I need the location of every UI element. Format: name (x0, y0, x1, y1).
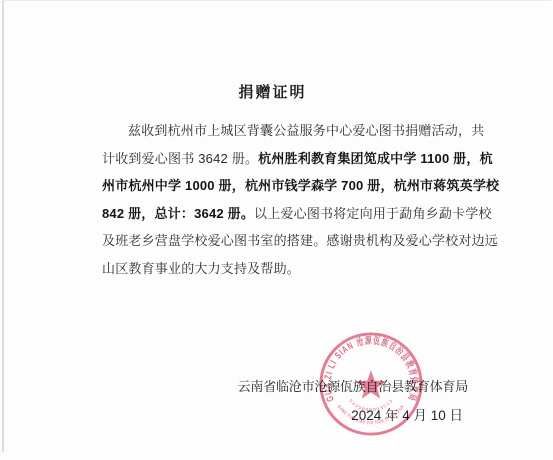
body-segment-bold: 842 册，总计：3642 册。 (102, 206, 254, 221)
signature-org: 云南省临沧市沧源佤族自治县教育体育局 (238, 376, 468, 395)
signature-date: 2024 年 4 月 10 日 (351, 404, 463, 424)
body-segment: 及班老乡营盘学校爱心图书室的搭建。感谢贵机构及爱心学校对边远 (102, 233, 498, 248)
body-line: 州市杭州中学 1000 册，杭州市钱学森学 700 册，杭州市蒋筑英学校 (102, 172, 468, 200)
body-segment-bold: 杭州胜利教育集团笕成中学 1100 册，杭 (258, 151, 493, 166)
paper-left-edge (2, 0, 4, 452)
body-segment: 以上爱心图书将定向用于勐角乡勐卡学校 (254, 206, 492, 221)
document-title: 捐赠证明 (0, 81, 545, 102)
body-segment: 山区教育事业的大力支持及帮助。 (102, 261, 300, 276)
body-line: 842 册，总计：3642 册。以上爱心图书将定向用于勐角乡勐卡学校 (102, 200, 468, 228)
body-line: 及班老乡营盘学校爱心图书室的搭建。感谢贵机构及爱心学校对边远 (102, 227, 468, 255)
body-segment: 兹收到杭州市上城区背囊公益服务中心爱心图书捐赠活动，共 (128, 123, 484, 138)
donation-certificate-page: 捐赠证明 兹收到杭州市上城区背囊公益服务中心爱心图书捐赠活动，共计收到爱心图书 … (0, 0, 553, 460)
body-line: 计收到爱心图书 3642 册。杭州胜利教育集团笕成中学 1100 册，杭 (102, 145, 468, 173)
body-line: 山区教育事业的大力支持及帮助。 (102, 255, 468, 283)
paper-top-edge (2, 0, 551, 1)
body-segment-bold: 州市杭州中学 1000 册，杭州市钱学森学 700 册，杭州市蒋筑英学校 (102, 178, 499, 193)
body-segment: 计收到爱心图书 3642 册。 (102, 151, 258, 166)
body-line: 兹收到杭州市上城区背囊公益服务中心爱心图书捐赠活动，共 (102, 117, 468, 145)
body-paragraph: 兹收到杭州市上城区背囊公益服务中心爱心图书捐赠活动，共计收到爱心图书 3642 … (102, 117, 468, 283)
